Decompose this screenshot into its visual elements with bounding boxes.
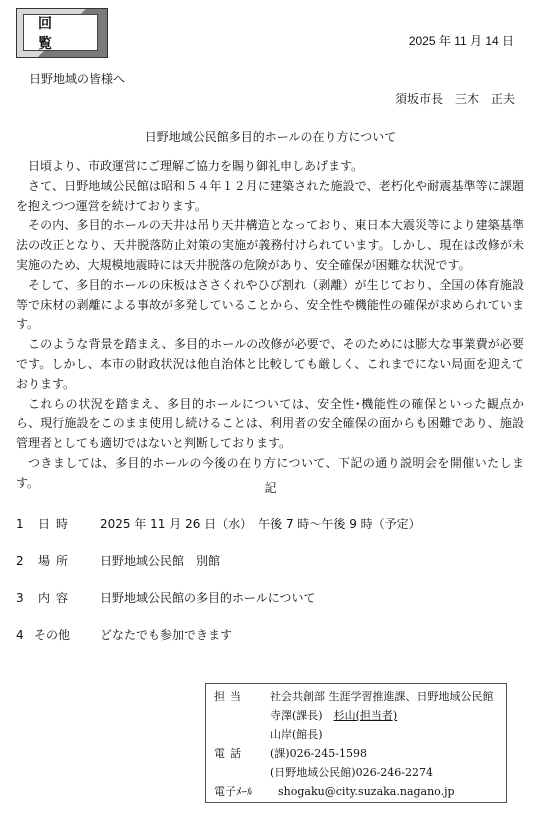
contact-row-phone: 電話(課)026-245-1598 [214, 745, 367, 761]
item-number: 1 [16, 517, 38, 531]
item-number: 4 [16, 628, 34, 642]
contact-label: 電子ﾒｰﾙ [214, 783, 278, 799]
item-number: 3 [16, 591, 38, 605]
contact-row-tanto: 担当社会共創部 生涯学習推進課、日野地域公民館 [214, 688, 494, 704]
contact-label: 担当 [214, 688, 270, 704]
body-paragraph: このような背景を踏まえ、多目的ホールの改修が必要で、そのためには膨大な事業費が必… [16, 335, 524, 394]
item-value: 2025 年 11 月 26 日（水） 午後 7 時～午後 9 時（予定） [100, 515, 421, 532]
contact-row-email: 電子ﾒｰﾙshogaku@city.suzaka.nagano.jp [214, 783, 455, 799]
circulation-stamp: 回 覧 [16, 8, 108, 58]
item-place: 2場所日野地域公民館 別館 [16, 552, 220, 569]
item-other: 4その他どなたでも参加できます [16, 626, 232, 643]
contact-person: 山岸(館長) [270, 728, 323, 741]
contact-row-director: 山岸(館長) [270, 726, 323, 742]
item-datetime: 1日時2025 年 11 月 26 日（水） 午後 7 時～午後 9 時（予定） [16, 515, 421, 532]
ki-heading: 記 [0, 479, 541, 496]
item-value: どなたでも参加できます [100, 626, 232, 643]
document-title: 日野地域公民館多目的ホールの在り方について [0, 128, 541, 145]
item-number: 2 [16, 554, 38, 568]
addressee: 日野地域の皆様へ [29, 70, 125, 87]
contact-phone: (課)026-245-1598 [270, 747, 367, 760]
contact-phone: (日野地域公民館)026-246-2274 [270, 766, 433, 779]
contact-label: 電話 [214, 745, 270, 761]
contact-email[interactable]: shogaku@city.suzaka.nagano.jp [278, 785, 455, 798]
stamp-label: 回 覧 [23, 14, 98, 51]
body-paragraph: その内、多目的ホールの天井は吊り天井構造となっており、東日本大震災等により建築基… [16, 216, 524, 275]
item-label: 日時 [38, 515, 100, 532]
item-label: その他 [34, 626, 100, 643]
body-paragraph: そして、多目的ホールの床板はささくれやひび割れ（剥離）が生じており、全国の体育施… [16, 276, 524, 335]
sender: 須坂市長 三木 正夫 [395, 90, 515, 107]
contact-row-persons: 寺澤(課長) 杉山(担当者) [270, 707, 397, 723]
contact-department: 社会共創部 生涯学習推進課、日野地域公民館 [270, 690, 494, 703]
body-paragraph: 日頃より、市政運営にご理解ご協力を賜り御礼申しあげます。 [16, 157, 524, 177]
document-body: 日頃より、市政運営にご理解ご協力を賜り御礼申しあげます。 さて、日野地域公民館は… [16, 157, 524, 494]
item-value: 日野地域公民館 別館 [100, 552, 220, 569]
item-content: 3内容日野地域公民館の多目的ホールについて [16, 589, 316, 606]
body-paragraph: これらの状況を踏まえ、多目的ホールについては、安全性･機能性の確保といった観点か… [16, 395, 524, 454]
item-value: 日野地域公民館の多目的ホールについて [100, 589, 316, 606]
item-label: 内容 [38, 589, 100, 606]
contact-person: 寺澤(課長) [270, 709, 323, 722]
contact-row-phone2: (日野地域公民館)026-246-2274 [270, 764, 433, 780]
item-label: 場所 [38, 552, 100, 569]
contact-box: 担当社会共創部 生涯学習推進課、日野地域公民館 寺澤(課長) 杉山(担当者) 山… [205, 683, 507, 803]
contact-person-in-charge: 杉山(担当者) [334, 709, 398, 722]
body-paragraph: さて、日野地域公民館は昭和５４年１２月に建築された施設で、老朽化や耐震基準等に課… [16, 177, 524, 217]
document-date: 2025 年 11 月 14 日 [409, 32, 514, 49]
